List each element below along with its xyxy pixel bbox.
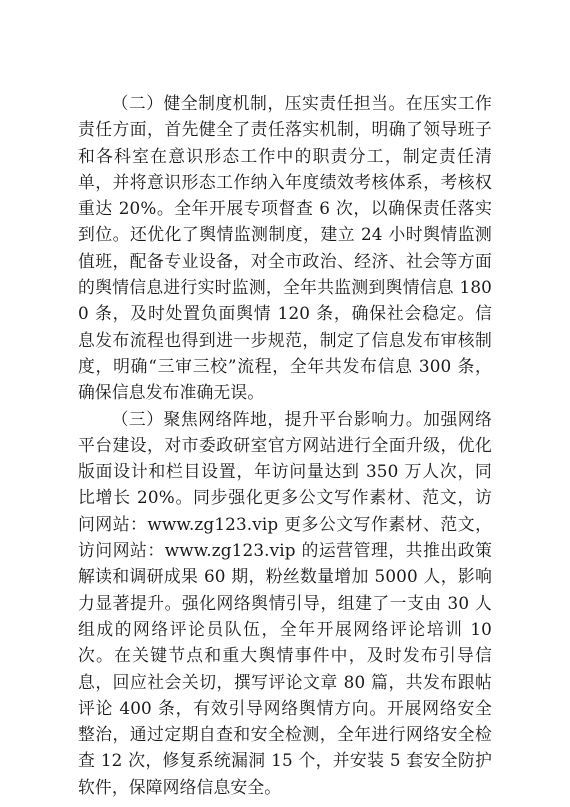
paragraph-section-two: （二）健全制度机制，压实责任担当。在压实工作责任方面，首先健全了责任落实机制，明… — [78, 90, 492, 406]
document-page: （二）健全制度机制，压实责任担当。在压实工作责任方面，首先健全了责任落实机制，明… — [78, 90, 492, 800]
paragraph-section-three: （三）聚焦网络阵地，提升平台影响力。加强网络平台建设，对市委政研室官方网站进行全… — [78, 406, 492, 800]
